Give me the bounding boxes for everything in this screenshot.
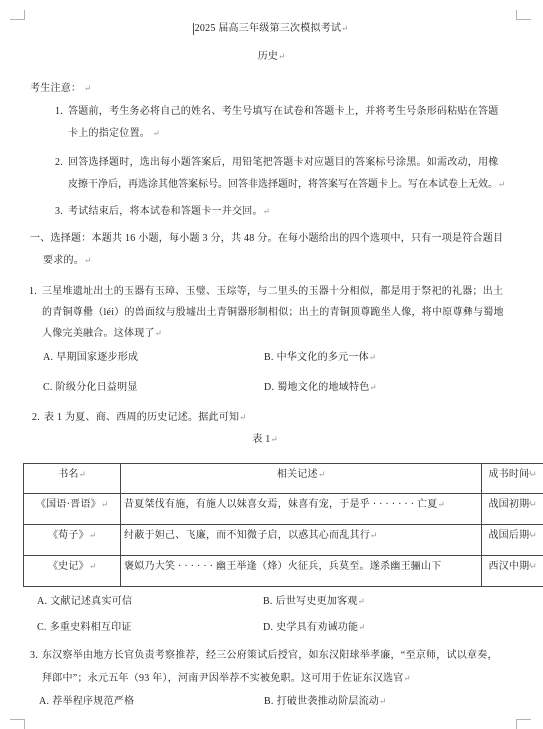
return-mark: ↵ <box>84 83 91 93</box>
question-3-line-1: 东汉察举由地方长官负责考察推荐，经三公府策试后授官，如东汉阳球举孝廉，“至京师，… <box>42 649 498 662</box>
question-3-option-b: B.打破世袭推动阶层流动↵ <box>264 695 386 708</box>
table-cell-desc: 纣蔽于妲己、飞廉，而不知微子启，以惑其心而乱其行↵ <box>121 525 482 556</box>
table-header-book: 书名↵ <box>24 464 121 494</box>
crop-mark-top-right <box>516 10 531 20</box>
return-mark: ↵ <box>341 23 348 33</box>
return-mark: ↵ <box>155 328 162 338</box>
table-row: 《荀子》↵ 纣蔽于妲己、飞廉，而不知微子启，以惑其心而乱其行↵ 战国后期↵ <box>24 525 543 556</box>
return-mark: ↵ <box>358 622 365 632</box>
return-mark: ↵ <box>525 559 532 572</box>
notice-item-3-number: 3. <box>55 205 63 218</box>
return-mark: ↵ <box>403 673 410 683</box>
return-mark: ↵ <box>358 596 365 606</box>
return-mark: ↵ <box>369 382 376 392</box>
return-mark: ↵ <box>89 561 96 571</box>
notice-item-1-line-2: 卡上的指定位置。 ↵ <box>68 127 160 140</box>
page-title: 2025 届高三年级第三次模拟考试↵ <box>0 22 543 35</box>
return-mark: ↵ <box>498 179 505 189</box>
table-header-desc: 相关记述↵ <box>121 464 482 494</box>
table-cell-time: 战国初期↵ <box>482 494 543 525</box>
return-mark: ↵ <box>278 51 285 61</box>
table-cell-book: 《荀子》↵ <box>24 525 121 556</box>
return-mark: ↵ <box>271 434 278 444</box>
return-mark: ↵ <box>263 206 270 216</box>
return-mark: ↵ <box>84 255 91 265</box>
notice-heading: 考生注意： ↵ <box>30 82 91 95</box>
table-cell-book: 《国语·晋语》↵ <box>24 494 121 525</box>
crop-mark-bottom-left <box>10 719 25 729</box>
section-1-heading-line-1: 一、选择题：本题共 16 小题，每小题 3 分，共 48 分。在每小题给出的四个… <box>30 232 503 245</box>
return-mark: ↵ <box>79 469 86 479</box>
table-cell-time: 战国后期↵ <box>482 525 543 556</box>
question-3-number: 3. <box>30 649 38 662</box>
question-2-number: 2. <box>32 411 40 424</box>
notice-item-1-line-1: 答题前，考生务必将自己的姓名、考生号填写在试卷和答题卡上，并将考生号条形码粘贴在… <box>68 105 499 118</box>
notice-item-1-number: 1. <box>55 105 63 118</box>
question-2-stem: 表 1 为夏、商、西周的历史记述。据此可知↵ <box>44 411 246 424</box>
question-1-option-b: B.中华文化的多元一体↵ <box>264 351 376 364</box>
question-2-option-d: D.史学具有劝诫功能↵ <box>263 621 365 634</box>
return-mark: ↵ <box>370 530 377 540</box>
exam-document-page: 2025 届高三年级第三次模拟考试↵ 历史↵ 考生注意： ↵ 1. 答题前，考生… <box>0 0 543 729</box>
table-cell-book: 《史记》↵ <box>24 556 121 587</box>
return-mark: ↵ <box>239 412 246 422</box>
notice-item-2-number: 2. <box>55 156 63 169</box>
table-cell-time: 西汉中期↵ <box>482 556 543 587</box>
subject-heading: 历史↵ <box>0 50 543 63</box>
subject-text: 历史 <box>258 51 279 62</box>
table-row: 《国语·晋语》↵ 昔夏桀伐有施，有施人以妹喜女焉，妹喜有宠，于是乎 · · · … <box>24 494 543 525</box>
notice-item-2-line-1: 回答选择题时，选出每小题答案后，用铅笔把答题卡对应题目的答案标号涂黑。如需改动，… <box>68 156 499 169</box>
notice-item-3-line-1: 考试结束后，将本试卷和答题卡一并交回。↵ <box>68 205 270 218</box>
return-mark: ↵ <box>89 530 96 540</box>
table-caption: 表 1↵ <box>0 433 530 446</box>
crop-mark-bottom-right <box>516 719 531 729</box>
question-1-option-d: D.蜀地文化的地域特色↵ <box>264 381 377 394</box>
return-mark: ↵ <box>438 499 445 509</box>
question-2-option-a: A.文献记述真实可信 <box>37 595 132 608</box>
table-cell-desc: 褒姒乃大笑 · · · · · · 幽王举逢（烽）火征兵，兵莫至。遂杀幽王骊山下 <box>121 556 482 587</box>
return-mark: ↵ <box>153 128 160 138</box>
table-row: 《史记》↵ 褒姒乃大笑 · · · · · · 幽王举逢（烽）火征兵，兵莫至。遂… <box>24 556 543 587</box>
return-mark: ↵ <box>525 497 532 510</box>
question-2-option-c: C.多重史料相互印证 <box>37 621 132 634</box>
notice-item-2-line-2: 皮擦干净后，再选涂其他答案标号。回答非选择题时，将答案写在答题卡上。写在本试卷上… <box>68 178 505 191</box>
table-header-time: 成书时间↵ <box>482 464 543 494</box>
return-mark: ↵ <box>369 352 376 362</box>
return-mark: ↵ <box>525 467 532 480</box>
question-1-line-3: 人像完美融合。这体现了↵ <box>42 327 162 340</box>
crop-mark-top-left <box>10 10 25 20</box>
section-1-heading-line-2: 要求的。↵ <box>43 254 91 267</box>
return-mark: ↵ <box>525 528 532 541</box>
return-mark: ↵ <box>379 696 386 706</box>
question-1-number: 1. <box>29 285 37 298</box>
question-1-line-2: 的青铜尊罍（léi）的兽面纹与殷墟出土青铜器形制相似；出土的青铜顶尊跪坐人像，将… <box>42 306 504 319</box>
question-2-option-b: B.后世写史更加客观↵ <box>263 595 365 608</box>
table-cell-desc: 昔夏桀伐有施，有施人以妹喜女焉，妹喜有宠，于是乎 · · · · · · · 亡… <box>121 494 482 525</box>
question-1-option-c: C.阶级分化日益明显 <box>43 381 138 394</box>
table-header-row: 书名↵ 相关记述↵ 成书时间↵ <box>24 464 543 494</box>
return-mark: ↵ <box>318 469 325 479</box>
page-title-text: 2025 届高三年级第三次模拟考试 <box>195 23 342 34</box>
question-3-option-a: A.荐举程序规范严格 <box>39 695 134 708</box>
return-mark: ↵ <box>101 499 108 509</box>
question-3-line-2: 拜郎中”；永元五年（93 年），河南尹因举荐不实被免职。这可用于佐证东汉选官↵ <box>42 672 411 685</box>
history-records-table: 书名↵ 相关记述↵ 成书时间↵ 《国语·晋语》↵ 昔夏桀伐有施，有施人以妹喜女焉… <box>23 463 543 587</box>
question-1-line-1: 三星堆遗址出土的玉器有玉璋、玉璧、玉琮等，与二里头的玉器十分相似，都是用于祭祀的… <box>42 285 503 298</box>
question-1-option-a: A.早期国家逐步形成 <box>43 351 138 364</box>
